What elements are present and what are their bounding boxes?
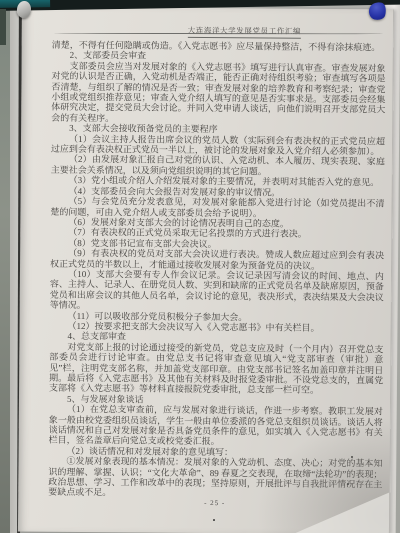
body-paragraph: （5）与会党员充分发表意见，对发展对象能都入党进行讨论（如党员提出不清楚的问题，… [50,196,384,219]
body-paragraph: （10）支部大会要有专人作会议记录。会议记录因写清会议的时间、地点、内容、主持人… [50,269,384,313]
dust-speck [351,456,353,458]
binder-edge-dark [0,9,6,45]
body-paragraph: 对党支部上报的讨论通过接受的新党员，党总支应及时（一个月内）召开党总支部委员会进… [49,342,383,397]
left-margin [0,0,10,533]
dust-speck [347,483,349,485]
page-header: 大连海洋大学发展党员工作汇编 [52,19,385,40]
document-page: 大连海洋大学发展党员工作汇编 清楚，不得有任何隐瞒或伪造。《入党志愿书》应尽量保… [18,7,394,533]
body-paragraph: 支部委员会应当对发展对象的《入党志愿书》填写进行认真审查。审查发展对象对党的认识… [51,61,385,126]
body-paragraph: （9）有表决权的党员对支部大会决议进行表决。赞成人数应超过应到会有表决权正式党员… [50,248,384,271]
page-header-title: 大连海洋大学发展党员工作汇编 [188,25,302,39]
photo-background: 大连海洋大学发展党员工作汇编 清楚，不得有任何隐瞒或伪造。《入党志愿书》应尽量保… [0,0,400,533]
dust-speck [213,519,215,521]
body-paragraph: （2）由发展对象汇报自己对党的认识、入党动机、本人履历、现实表现、家庭主要社会关… [51,154,385,177]
